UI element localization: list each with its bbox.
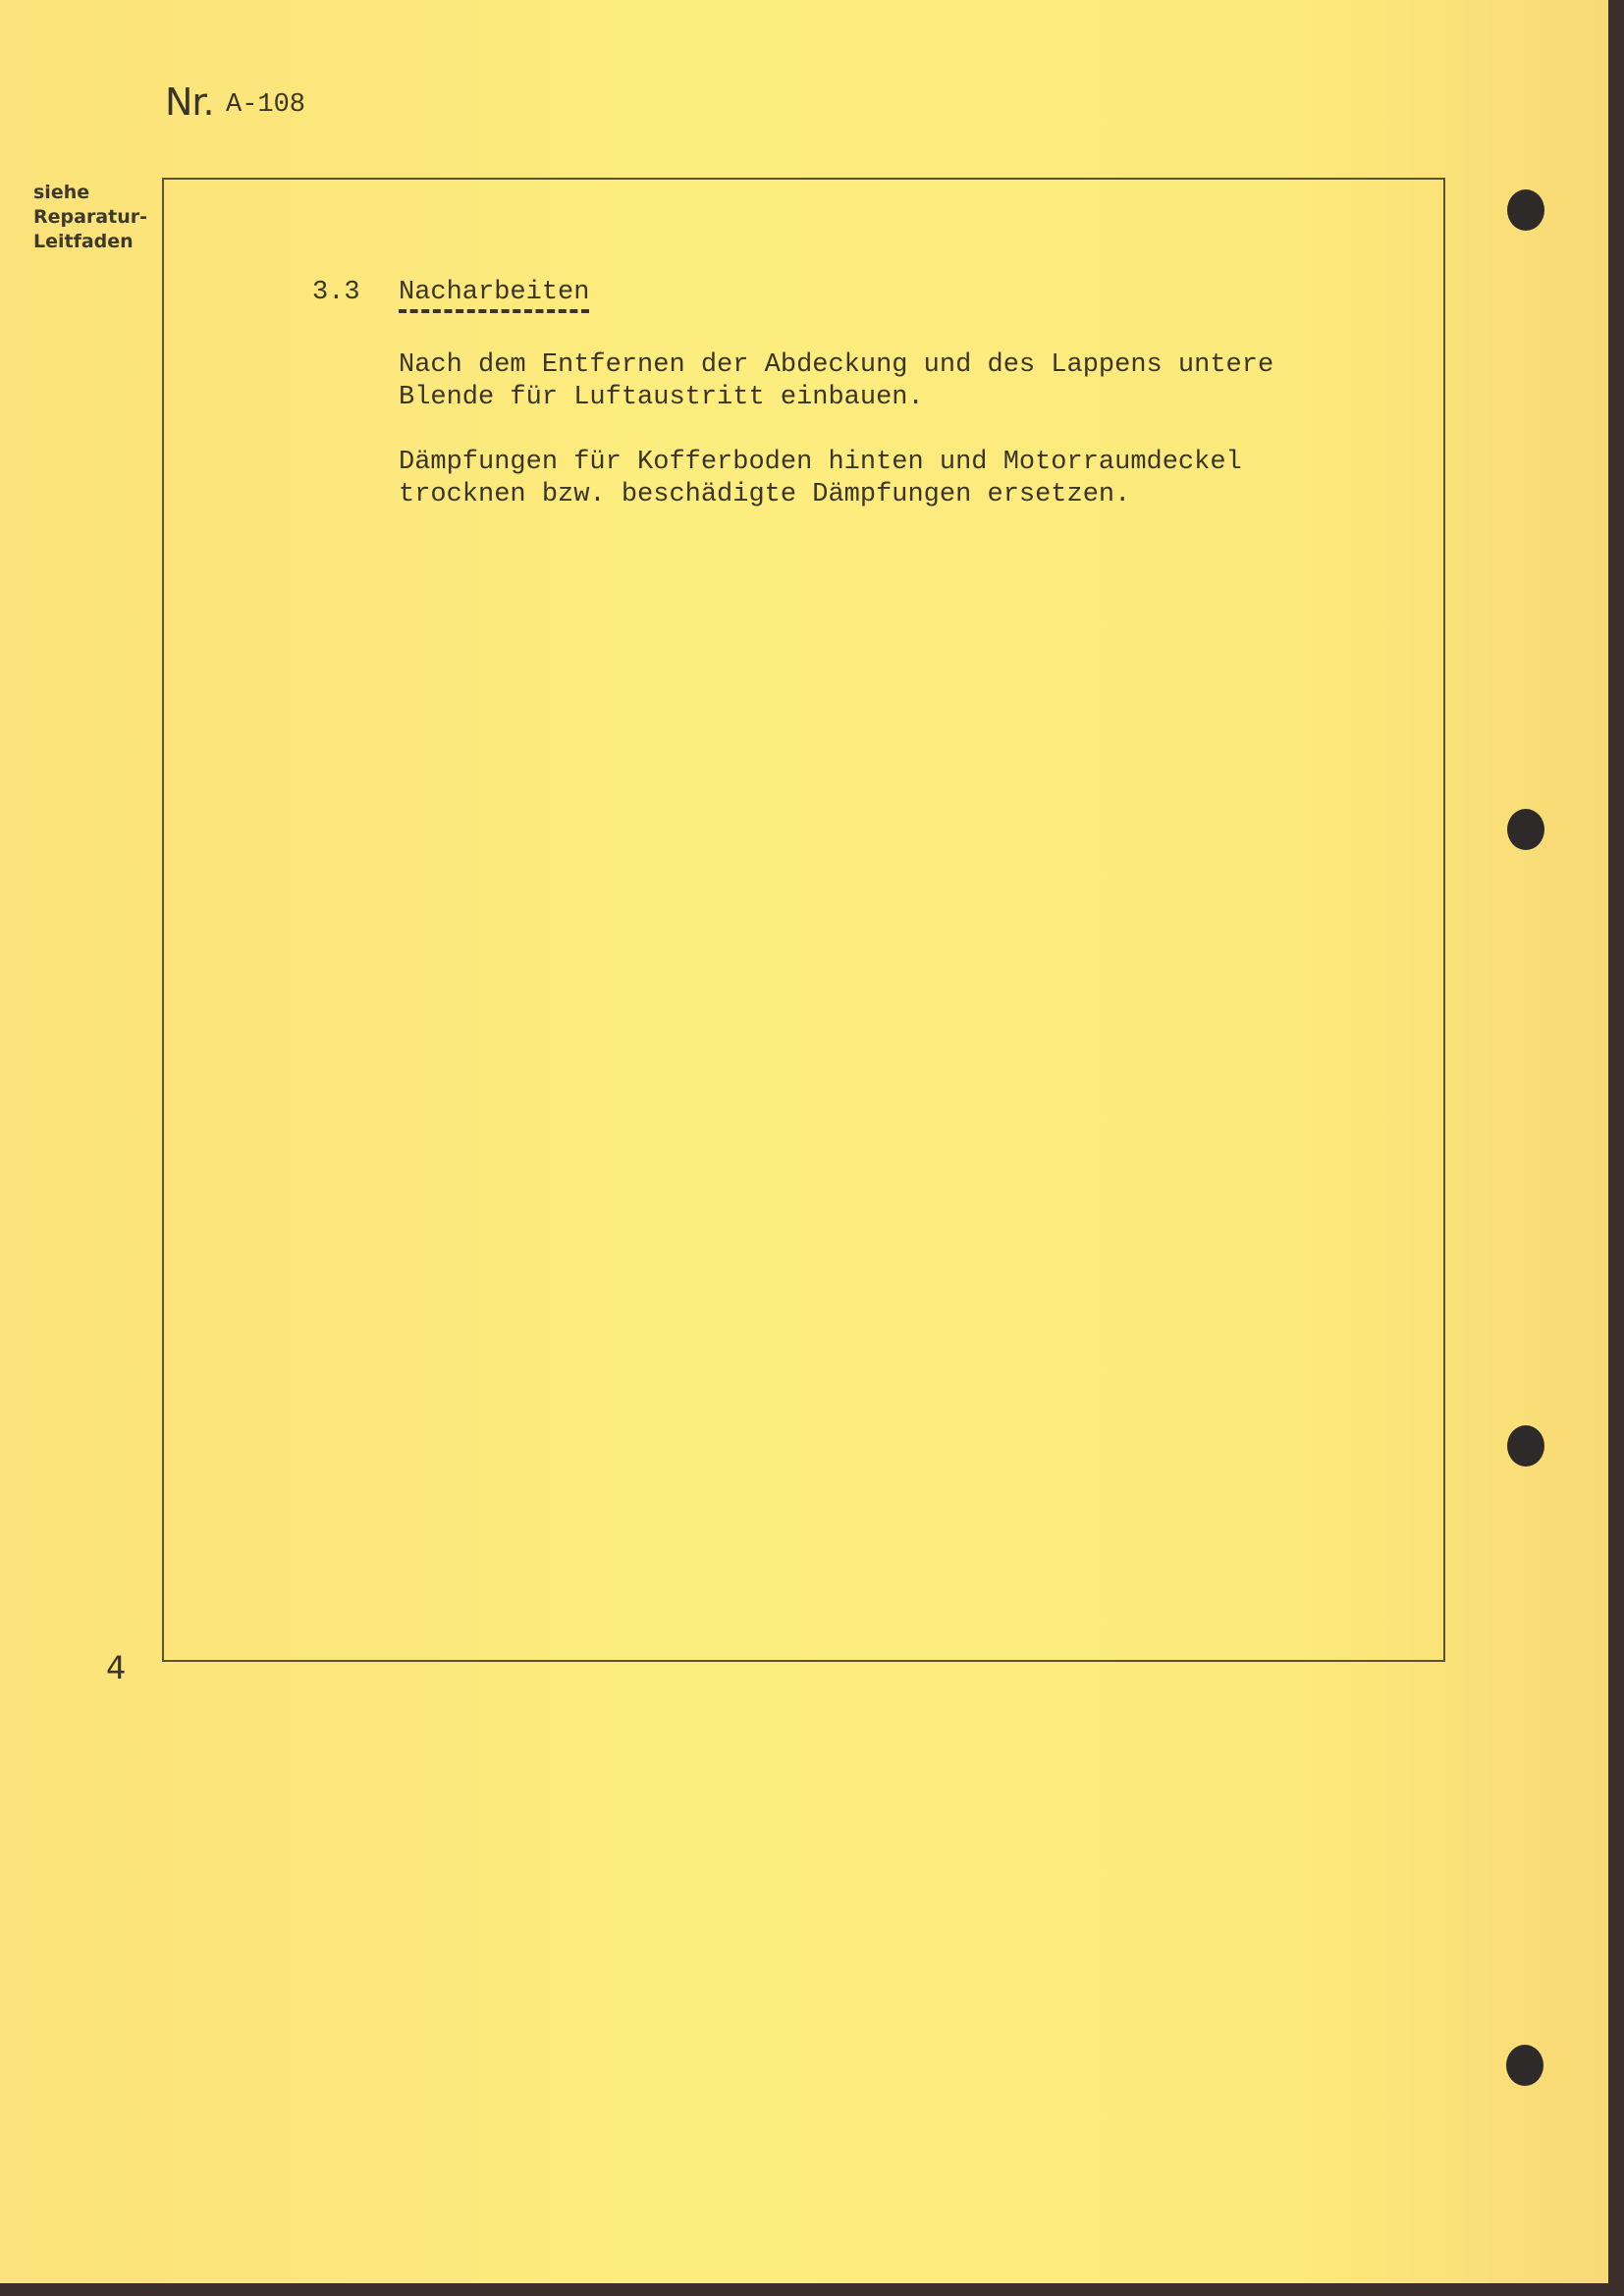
margin-note-line: Reparatur- — [33, 205, 147, 230]
punch-hole-icon — [1507, 1425, 1544, 1467]
paragraph: Dämpfungen für Kofferboden hinten und Mo… — [399, 447, 1412, 511]
document-number: A-108 — [226, 90, 305, 120]
document-page: Nr. A-108 siehe Reparatur- Leitfaden 3.3… — [0, 0, 1608, 2283]
punch-hole-icon — [1506, 2045, 1543, 2086]
punch-hole-icon — [1507, 189, 1544, 231]
document-number-label: Nr. — [165, 80, 214, 124]
punch-hole-icon — [1507, 809, 1544, 850]
margin-note: siehe Reparatur- Leitfaden — [33, 181, 147, 254]
title-underline — [399, 309, 589, 313]
section-title: Nacharbeiten — [399, 278, 589, 307]
section-heading: 3.3Nacharbeiten — [312, 277, 1412, 308]
section-3-3: 3.3Nacharbeiten Nach dem Entfernen der A… — [312, 277, 1412, 511]
margin-note-line: siehe — [33, 181, 147, 205]
section-number: 3.3 — [312, 277, 399, 308]
page-number: 4 — [106, 1649, 126, 1686]
margin-note-line: Leitfaden — [33, 230, 147, 254]
paragraph: Nach dem Entfernen der Abdeckung und des… — [399, 349, 1412, 414]
